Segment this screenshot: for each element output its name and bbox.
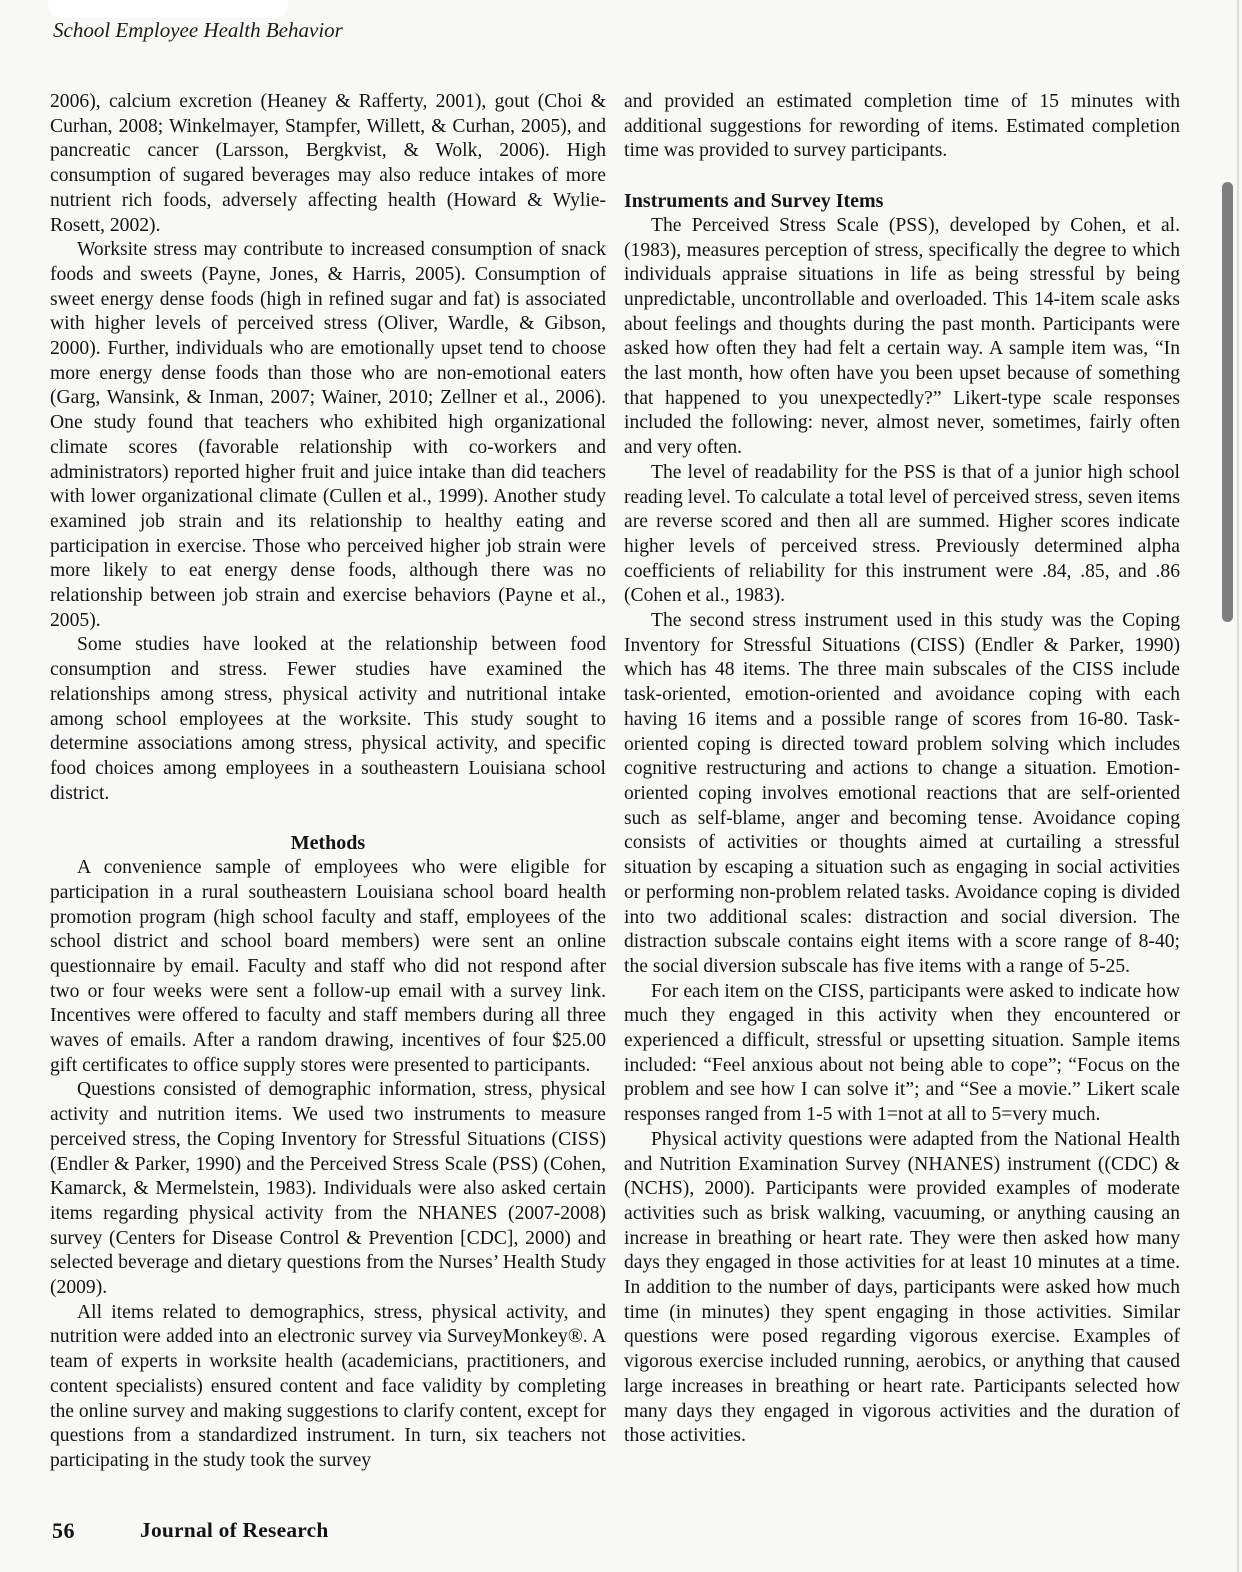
paragraph: All items related to demographics, stres…	[50, 1301, 606, 1474]
left-column: 2006), calcium excretion (Heaney & Raffe…	[50, 90, 606, 1474]
scrollbar-thumb[interactable]	[1222, 182, 1233, 622]
paragraph: Physical activity questions were adapted…	[624, 1128, 1180, 1449]
paragraph: The second stress instrument used in thi…	[624, 609, 1180, 980]
header-highlight	[48, 0, 288, 18]
paragraph: The level of readability for the PSS is …	[624, 461, 1180, 609]
scrollbar-track	[1237, 0, 1239, 1572]
paragraph: A convenience sample of employees who we…	[50, 856, 606, 1078]
right-column: and provided an estimated completion tim…	[624, 90, 1180, 1449]
paragraph: For each item on the CISS, participants …	[624, 980, 1180, 1128]
document-page: School Employee Health Behavior 2006), c…	[0, 0, 1242, 1572]
page-number: 56	[52, 1518, 75, 1544]
journal-name: Journal of Research	[140, 1518, 329, 1543]
section-heading: Methods	[50, 831, 606, 856]
paragraph: 2006), calcium excretion (Heaney & Raffe…	[50, 90, 606, 238]
running-head: School Employee Health Behavior	[53, 18, 343, 43]
paragraph: Some studies have looked at the relation…	[50, 633, 606, 806]
paragraph: Questions consisted of demographic infor…	[50, 1078, 606, 1300]
section-heading: Instruments and Survey Items	[624, 189, 1180, 214]
paragraph: Worksite stress may contribute to increa…	[50, 238, 606, 633]
paragraph: The Perceived Stress Scale (PSS), develo…	[624, 214, 1180, 461]
paragraph: and provided an estimated completion tim…	[624, 90, 1180, 164]
